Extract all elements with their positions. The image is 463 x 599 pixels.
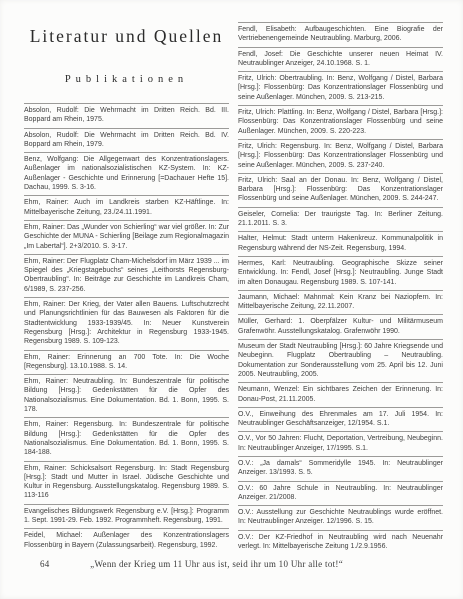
- bibliography-entry: Fritz, Ulrich: Plattling. In: Benz, Wolf…: [238, 105, 443, 136]
- bibliography-entry: Ehm, Rainer: Schicksalsort Regensburg. I…: [24, 461, 229, 501]
- bibliography-entry: Benz, Wolfgang: Die Allgegenwart des Kon…: [24, 152, 229, 192]
- bibliography-entry: Müller, Gerhard: 1. Oberpfälzer Kultur- …: [238, 314, 443, 336]
- bibliography-entry: Ehm, Rainer: Erinnerung an 700 Tote. In:…: [24, 350, 229, 372]
- bibliography-entry: O.V.: 60 Jahre Schule in Neutraubling. I…: [238, 481, 443, 503]
- bibliography-entry: O.V., Einweihung des Ehrenmales am 17. J…: [238, 407, 443, 429]
- bibliography-entry: Ehm, Rainer: Der Krieg, der Vater allen …: [24, 297, 229, 346]
- left-column: Literatur und Quellen Publikationen Abso…: [24, 0, 229, 554]
- bibliography-entry: Fritz, Ulrich: Regensburg. In: Benz, Wol…: [238, 139, 443, 170]
- bibliography-list-right: Fendl, Elisabeth: Aufbaugeschichten. Ein…: [238, 22, 443, 551]
- bibliography-list-left: Absolon, Rudolf: Die Wehrmacht im Dritte…: [24, 103, 229, 550]
- bibliography-entry: Fritz, Ulrich: Saal an der Donau. In: Be…: [238, 173, 443, 204]
- book-page: Literatur und Quellen Publikationen Abso…: [0, 0, 463, 599]
- page-title: Literatur und Quellen: [24, 26, 229, 47]
- bibliography-entry: Museum der Stadt Neutraubling [Hrsg.]: 6…: [238, 339, 443, 379]
- bibliography-entry: O.V.: „Ja damals“ Sommeridylle 1945. In:…: [238, 456, 443, 478]
- bibliography-entry: Hermes, Karl: Neutraubling. Geographisch…: [238, 256, 443, 287]
- bibliography-entry: O.V.: Ausstellung zur Geschichte Neutrau…: [238, 505, 443, 527]
- bibliography-entry: Ehm, Rainer: Auch im Landkreis starben K…: [24, 195, 229, 217]
- bibliography-entry: Ehm, Rainer: Neutraubling. In: Bundeszen…: [24, 374, 229, 414]
- bibliography-entry: Halter, Helmut: Stadt unterm Hakenkreuz.…: [238, 231, 443, 253]
- bibliography-entry: Ehm, Rainer: Regensburg. In: Bundeszentr…: [24, 417, 229, 457]
- bibliography-entry: Ehm, Rainer: Der Flugplatz Cham-Michelsd…: [24, 254, 229, 294]
- bibliography-entry: Absolon, Rudolf: Die Wehrmacht im Dritte…: [24, 103, 229, 125]
- page-number: 64: [40, 559, 50, 569]
- bibliography-entry: Fendl, Josef: Die Geschichte unserer neu…: [238, 47, 443, 69]
- bibliography-entry: Feidel, Michael: Außenlager des Konzentr…: [24, 528, 229, 550]
- bibliography-entry: Geiseler, Cornelia: Der traurigste Tag. …: [238, 207, 443, 229]
- bibliography-entry: Fendl, Elisabeth: Aufbaugeschichten. Ein…: [238, 22, 443, 44]
- two-column-layout: Literatur und Quellen Publikationen Abso…: [0, 0, 463, 554]
- page-footer: 64 „Wenn der Krieg um 11 Uhr aus ist, se…: [40, 559, 343, 569]
- bibliography-entry: O.V.: Der KZ-Friedhof in Neutraubling wi…: [238, 530, 443, 552]
- bibliography-entry: Ehm, Rainer: Das „Wunder von Schierling“…: [24, 220, 229, 251]
- bibliography-entry: O.V., Vor 50 Jahren: Flucht, Deportation…: [238, 431, 443, 453]
- bibliography-entry: Fritz, Ulrich: Obertraubling. In: Benz, …: [238, 71, 443, 102]
- section-subtitle: Publikationen: [24, 74, 229, 85]
- bibliography-entry: Jaumann, Michael: Mahnmal: Kein Kranz be…: [238, 290, 443, 312]
- bibliography-entry: Evangelisches Bildungswerk Regensburg e.…: [24, 504, 229, 526]
- bibliography-entry: Absolon, Rudolf: Die Wehrmacht im Dritte…: [24, 128, 229, 150]
- right-column: Fendl, Elisabeth: Aufbaugeschichten. Ein…: [238, 0, 443, 554]
- footer-quote: „Wenn der Krieg um 11 Uhr aus ist, seid …: [90, 559, 343, 569]
- bibliography-entry: Neumann, Wenzel: Ein sichtbares Zeichen …: [238, 382, 443, 404]
